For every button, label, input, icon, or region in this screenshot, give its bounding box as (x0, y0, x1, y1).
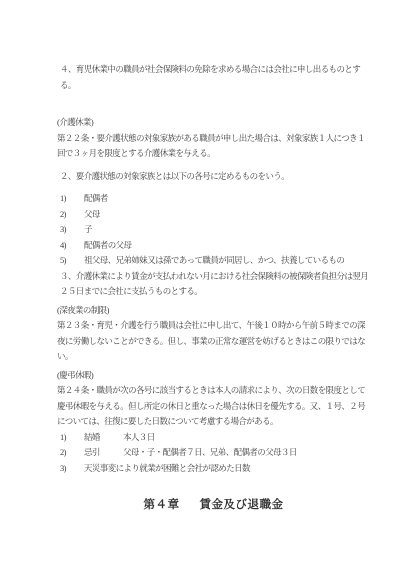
list-item: 1) 結婚 本人３日 (60, 430, 370, 446)
list-item-text: 祖父母、兄弟姉妹又は孫であって職員が同居し、かつ、扶養しているもの (84, 253, 370, 269)
paragraph-care-leave-payment: ３、介護休業により賃金が支払われない月における社会保険料の被保険者負担分は翌月２… (57, 269, 370, 300)
list-item-number: 1) (60, 191, 84, 207)
section-caption-special-leave: (慶弔休暇) (57, 368, 370, 384)
list-item-text: 天災事変により就業が困難と会社が認めた日数 (84, 461, 370, 477)
paragraph-childcare-insurance-exemption: ４、育児休業中の職員が社会保険料の免除を求める場合には会社に申し出るものとする。 (57, 62, 370, 93)
list-item-number: 2) (60, 445, 84, 461)
list-item-number: 2) (60, 207, 84, 223)
document-page: ４、育児休業中の職員が社会保険料の免除を求める場合には会社に申し出るものとする。… (0, 0, 410, 580)
list-item-number: 1) (60, 430, 84, 446)
list-item-text: 配偶者の父母 (84, 238, 370, 254)
list-item-number: 5) (60, 253, 84, 269)
list-item: 1) 配偶者 (60, 191, 370, 207)
special-leave-list: 1) 結婚 本人３日 2) 忌引 父母・子・配偶者７日、兄弟、配偶者の父母３日 … (57, 430, 370, 477)
section-caption-night-work-limit: (深夜業の制限) (57, 303, 370, 319)
list-item-number: 3) (60, 461, 84, 477)
list-item: 4) 配偶者の父母 (60, 238, 370, 254)
care-family-list: 1) 配偶者 2) 父母 3) 子 4) 配偶者の父母 5) 祖父母、兄弟姉妹又… (57, 191, 370, 269)
list-item-label: 結婚 (84, 430, 123, 446)
list-item-text: 子 (84, 222, 370, 238)
list-item-text: 父母・子・配偶者７日、兄弟、配偶者の父母３日 (123, 445, 370, 461)
list-item-text: 父母 (84, 207, 370, 223)
list-item-number: 4) (60, 238, 84, 254)
list-item: 2) 忌引 父母・子・配偶者７日、兄弟、配偶者の父母３日 (60, 445, 370, 461)
section-caption-care-leave: (介護休業) (57, 115, 370, 131)
chapter-number: 第４章 (144, 497, 180, 513)
list-item: 5) 祖父母、兄弟姉妹又は孫であって職員が同居し、かつ、扶養しているもの (60, 253, 370, 269)
list-item-number: 3) (60, 222, 84, 238)
paragraph-care-family-intro: ２、要介護状態の対象家族とは以下の各号に定めるものをいう。 (57, 169, 370, 185)
chapter-heading: 第４章 賃金及び退職金 (57, 497, 370, 513)
list-item-label: 忌引 (84, 445, 123, 461)
list-item: 3) 天災事変により就業が困難と会社が認めた日数 (60, 461, 370, 477)
list-item-text: 本人３日 (123, 430, 370, 446)
paragraph-article-22: 第２２条・要介護状態の対象家族がある職員が申し出た場合は、対象家族１人につき１回… (57, 131, 370, 162)
paragraph-article-23: 第２３条・育児・介護を行う職員は会社に申し出て、午後１０時から午前５時までの深夜… (57, 318, 370, 365)
list-item: 3) 子 (60, 222, 370, 238)
list-item: 2) 父母 (60, 207, 370, 223)
paragraph-article-24: 第２４条・職員が次の各号に該当するときは本人の請求により、次の日数を限度として慶… (57, 383, 370, 430)
chapter-title: 賃金及び退職金 (200, 497, 284, 513)
list-item-text: 配偶者 (84, 191, 370, 207)
